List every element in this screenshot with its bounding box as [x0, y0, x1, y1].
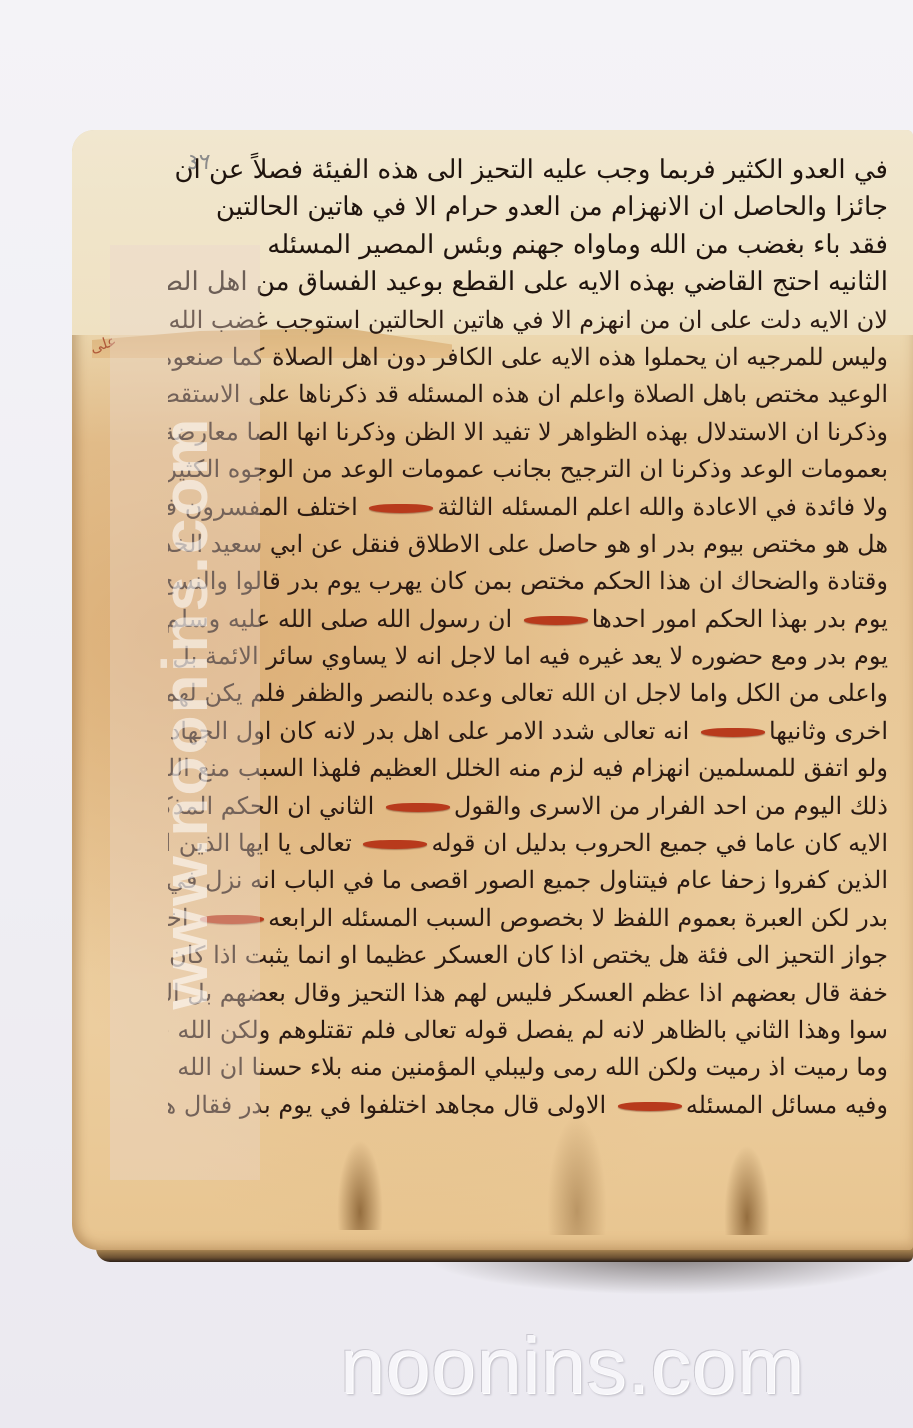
manuscript-line: في العدو الكثير فربما وجب عليه التحيز ال… — [168, 152, 888, 189]
red-rubric-mark — [386, 803, 450, 812]
red-rubric-mark — [524, 616, 588, 625]
line-text: اخرى وثانيها — [769, 717, 888, 745]
manuscript-line: واعلى من الكل واما لاجل ان الله تعالى وع… — [168, 675, 888, 712]
manuscript-line: جواز التحيز الى فئة هل يختص اذا كان العس… — [168, 937, 888, 974]
bottom-watermark: noonins.com — [340, 1320, 805, 1412]
manuscript-line: الثانيه احتج القاضي بهذه الايه على القطع… — [168, 264, 888, 301]
manuscript-line: وذكرنا ان الاستدلال بهذه الظواهر لا تفيد… — [168, 414, 888, 451]
manuscript-line: وقتادة والضحاك ان هذا الحكم مختص بمن كان… — [168, 563, 888, 600]
water-stain — [724, 1145, 770, 1235]
manuscript-line: بدر لكن العبرة بعموم اللفظ لا بخصوص السب… — [168, 900, 888, 937]
manuscript-line: ولو اتفق للمسلمين انهزام فيه لزم منه الخ… — [168, 750, 888, 787]
line-text: بدر لكن العبرة بعموم اللفظ لا بخصوص السب… — [268, 904, 888, 932]
manuscript-line: وما رميت اذ رميت ولكن الله رمى وليبلي ال… — [168, 1049, 888, 1086]
line-text: يوم بدر بهذا الحكم امور احدها — [592, 605, 888, 633]
manuscript-line: اخرى وثانيها انه تعالى شدد الامر على اهل… — [168, 713, 888, 750]
manuscript-line: هل هو مختص بيوم بدر او هو حاصل على الاطل… — [168, 526, 888, 563]
line-text: ذلك اليوم من احد الفرار من الاسرى والقول — [454, 792, 888, 820]
manuscript-line: الذين كفروا زحفا عام فيتناول جميع الصور … — [168, 862, 888, 899]
manuscript-line: لان الايه دلت على ان من انهزم الا في هات… — [168, 302, 888, 339]
vertical-watermark-text: www.noonins.com — [148, 416, 222, 1009]
line-text: الايه كان عاما في جميع الحروب بدليل ان ق… — [431, 829, 888, 857]
manuscript-line: ولا فائدة في الاعادة والله اعلم المسئله … — [168, 489, 888, 526]
red-rubric-mark — [363, 840, 427, 849]
red-rubric-mark — [618, 1102, 682, 1111]
red-rubric-mark — [369, 504, 433, 513]
manuscript-line: خفة قال بعضهم اذا عظم العسكر فليس لهم هذ… — [168, 975, 888, 1012]
water-stain — [337, 1140, 383, 1230]
manuscript-line: يوم بدر ومع حضوره لا يعد غيره فيه اما لا… — [168, 638, 888, 675]
manuscript-line: يوم بدر بهذا الحكم امور احدها ان رسول ال… — [168, 601, 888, 638]
manuscript-line: وفيه مسائل المسئله الاولى قال مجاهد اختل… — [168, 1087, 888, 1124]
manuscript-line: وليس للمرجيه ان يحملوا هذه الايه على الك… — [168, 339, 888, 376]
red-rubric-mark — [701, 728, 765, 737]
manuscript-line: الوعيد مختص باهل الصلاة واعلم ان هذه الم… — [168, 376, 888, 413]
manuscript-line: ذلك اليوم من احد الفرار من الاسرى والقول… — [168, 788, 888, 825]
manuscript-line: سوا وهذا الثاني بالظاهر لانه لم يفصل قول… — [168, 1012, 888, 1049]
manuscript-line: جائزا والحاصل ان الانهزام من العدو حرام … — [168, 189, 888, 226]
manuscript-line: فقد باء بغضب من الله وماواه جهنم وبئس ال… — [168, 227, 888, 264]
pencil-margin-note — [870, 160, 890, 290]
manuscript-line: الايه كان عاما في جميع الحروب بدليل ان ق… — [168, 825, 888, 862]
line-text: ولا فائدة في الاعادة والله اعلم المسئله … — [437, 493, 888, 521]
line-text: وفيه مسائل المسئله — [686, 1091, 888, 1119]
manuscript-line: بعمومات الوعد وذكرنا ان الترجيح بجانب عم… — [168, 451, 888, 488]
water-stain — [547, 1115, 607, 1235]
manuscript-text: في العدو الكثير فربما وجب عليه التحيز ال… — [168, 152, 888, 1124]
vertical-watermark: www.noonins.com — [110, 245, 260, 1180]
